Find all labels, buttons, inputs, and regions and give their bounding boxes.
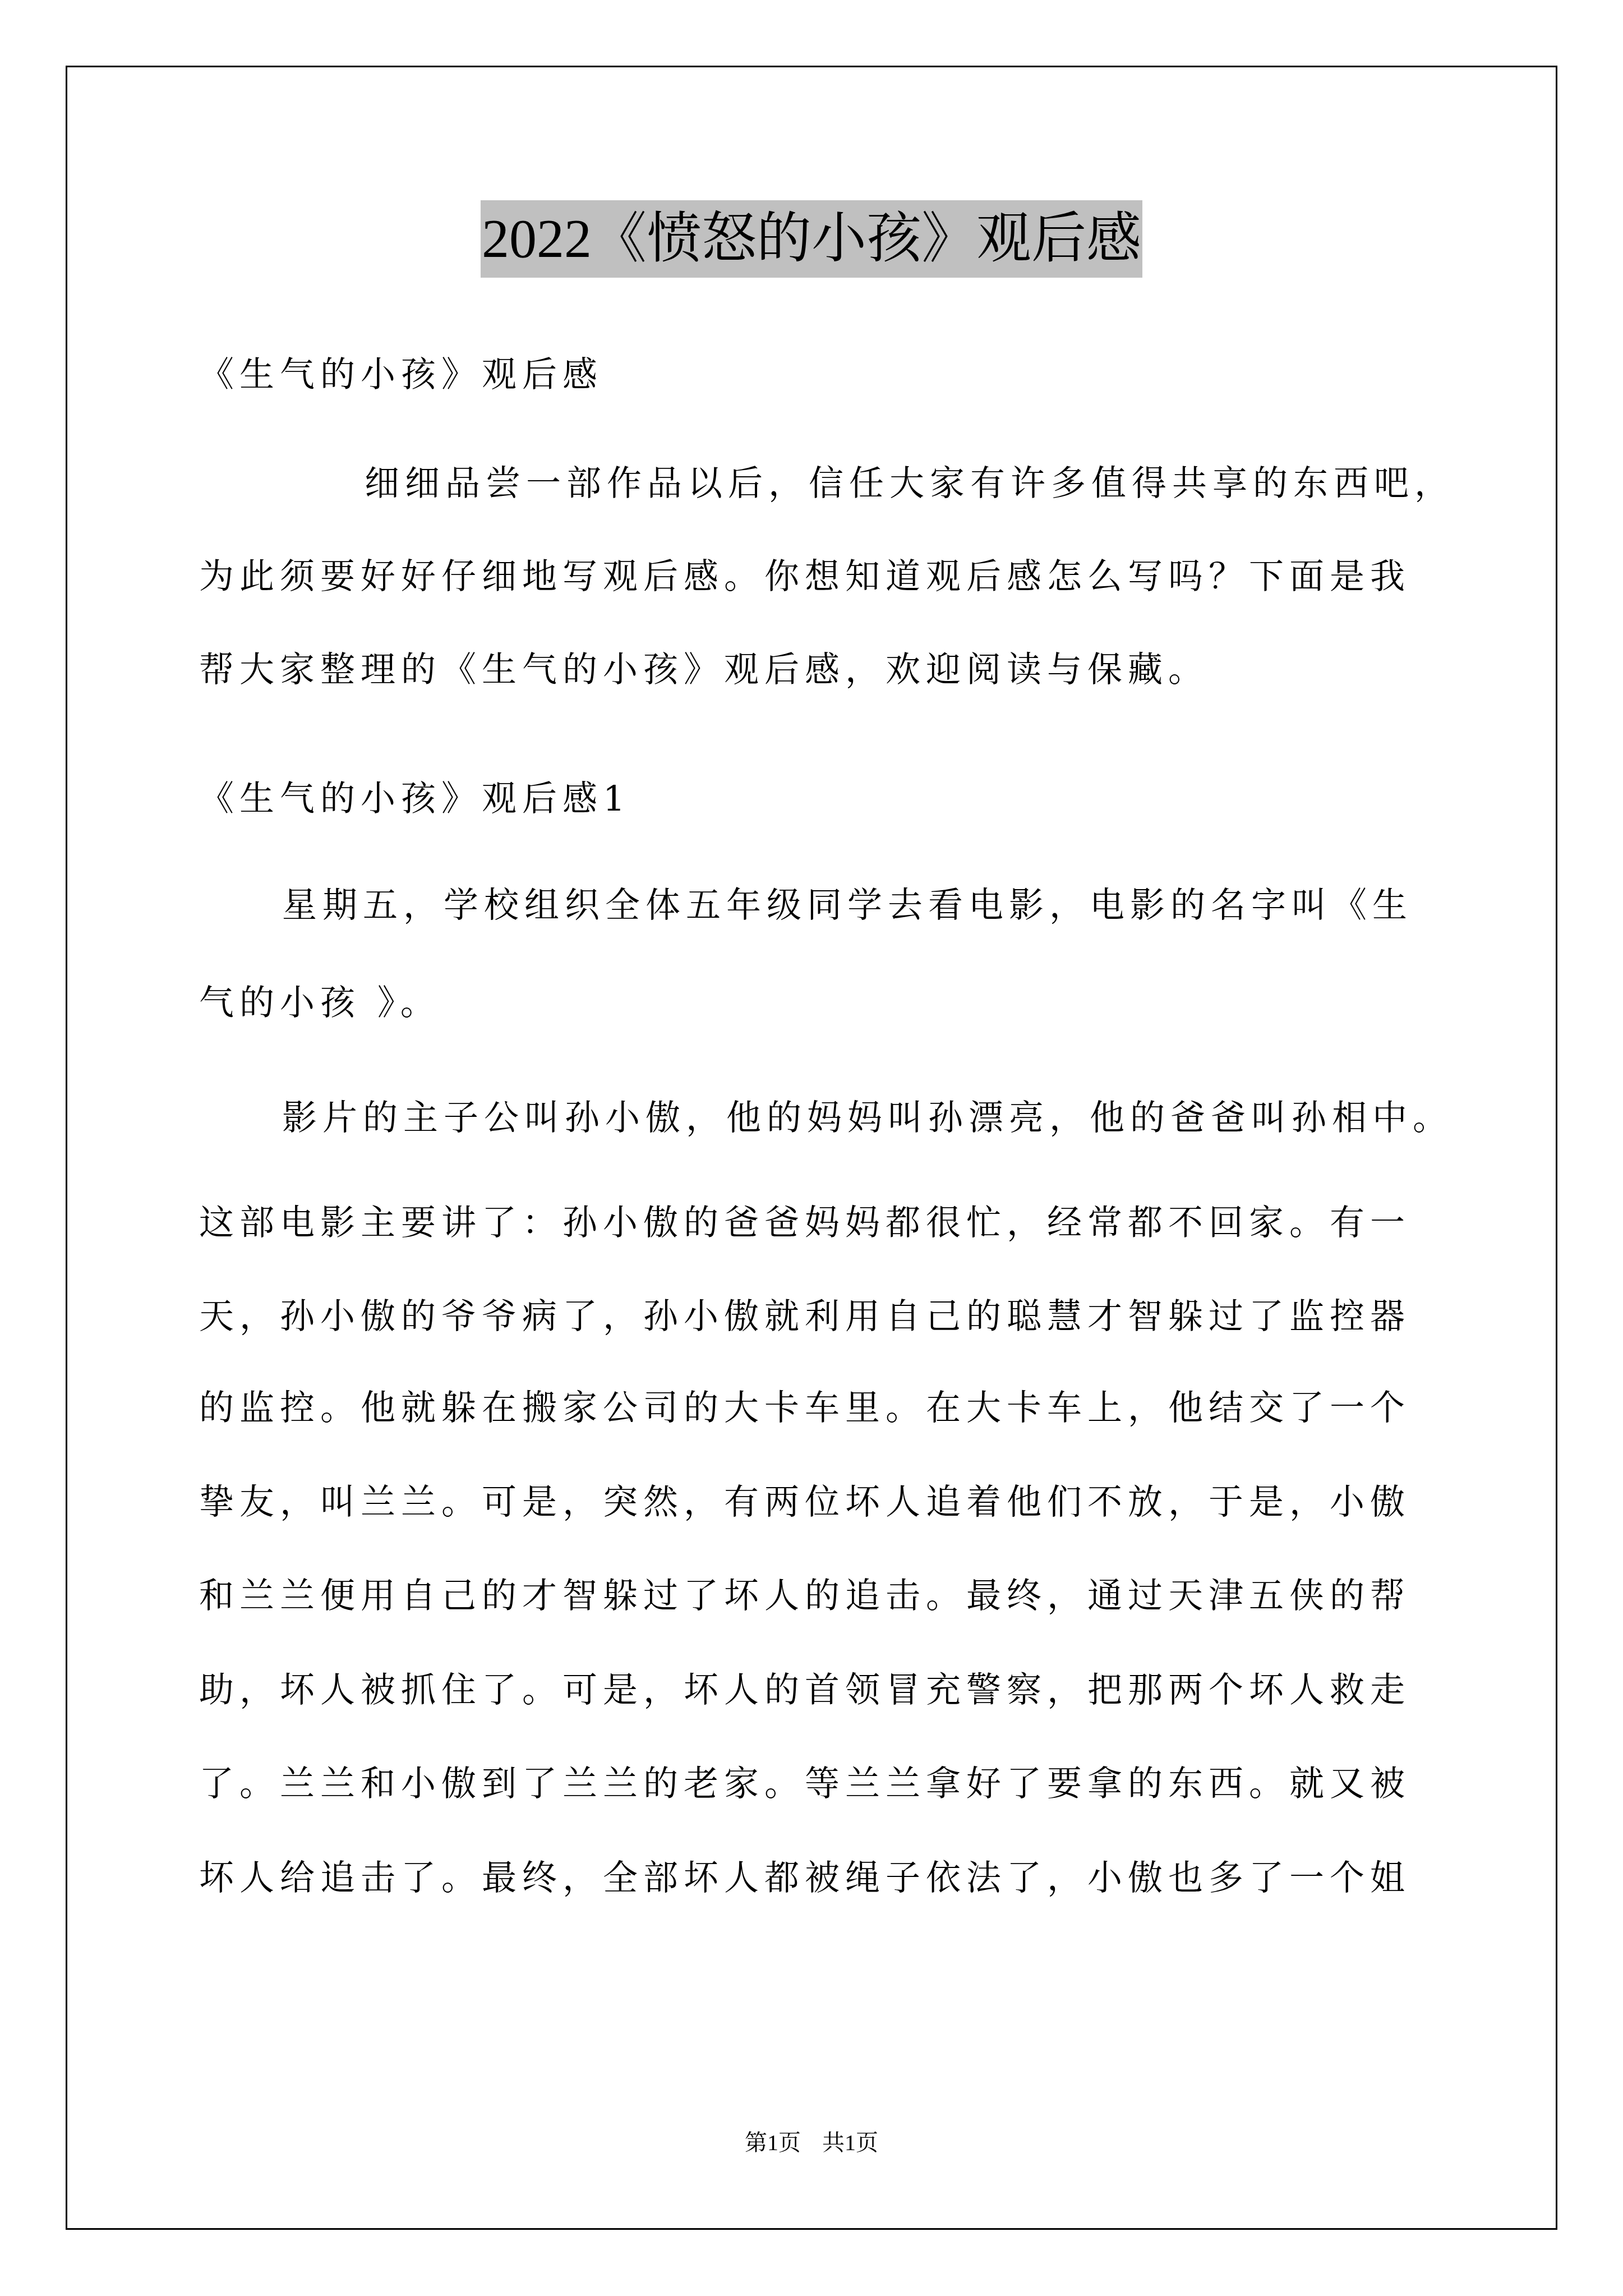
- paragraph-line: 了。兰兰和小傲到了兰兰的老家。等兰兰拿好了要拿的东西。就又被: [199, 1761, 1410, 1806]
- page-current: 第1页: [745, 2130, 801, 2155]
- paragraph-line: 星期五，学校组织全体五年级同学去看电影，电影的名字叫《生: [282, 883, 1413, 928]
- paragraph-line: 坏人给追击了。最终，全部坏人都被绳子依法了，小傲也多了一个姐: [199, 1856, 1410, 1901]
- intro-line: 帮大家整理的《生气的小孩》观后感，欢迎阅读与保藏。: [199, 647, 1209, 692]
- page-total: 共1页: [822, 2130, 878, 2155]
- paragraph-line: 和兰兰便用自己的才智躲过了坏人的追击。最终，通过天津五侠的帮: [199, 1573, 1410, 1618]
- title-container: 2022《愤怒的小孩》观后感: [0, 200, 1623, 278]
- paragraph-line: 挚友，叫兰兰。可是，突然，有两位坏人追着他们不放，于是，小傲: [199, 1480, 1410, 1525]
- intro-line: 为此须要好好仔细地写观后感。你想知道观后感怎么写吗？下面是我: [199, 554, 1410, 599]
- page-footer: 第1页 共1页: [0, 2129, 1623, 2157]
- paragraph-line: 气的小孩 》。: [199, 981, 441, 1025]
- paragraph-line: 助，坏人被抓住了。可是，坏人的首领冒充警察，把那两个坏人救走: [199, 1668, 1410, 1713]
- paragraph-line: 影片的主子公叫孙小傲，他的妈妈叫孙漂亮，他的爸爸叫孙相中。: [282, 1096, 1453, 1140]
- paragraph-line: 这部电影主要讲了：孙小傲的爸爸妈妈都很忙，经常都不回家。有一: [199, 1200, 1410, 1245]
- paragraph-line: 的监控。他就躲在搬家公司的大卡车里。在大卡车上，他结交了一个: [199, 1386, 1410, 1430]
- intro-line: 细细品尝一部作品以后，信任大家有许多值得共享的东西吧，: [365, 461, 1455, 506]
- paragraph-line: 天，孙小傲的爷爷病了，孙小傲就利用自己的聪慧才智躲过了监控器: [199, 1294, 1410, 1339]
- section-heading: 《生气的小孩》观后感1: [199, 776, 630, 821]
- document-title: 2022《愤怒的小孩》观后感: [481, 200, 1142, 278]
- subtitle: 《生气的小孩》观后感: [199, 352, 603, 397]
